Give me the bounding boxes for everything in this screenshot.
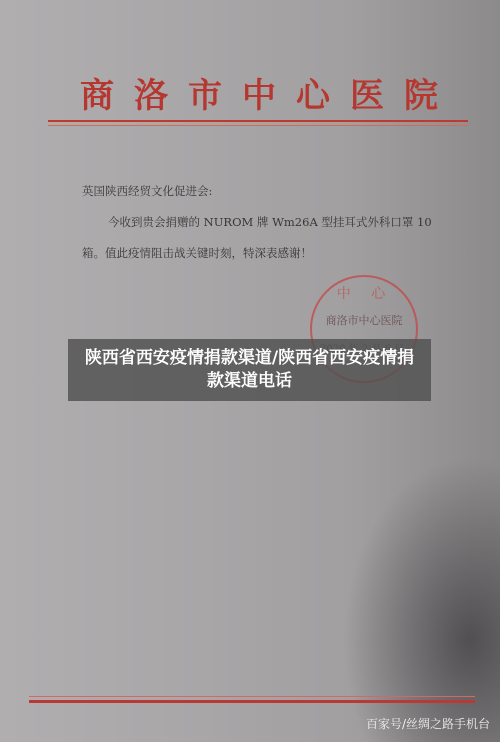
- article-title-banner: 陕西省西安疫情捐款渠道/陕西省西安疫情捐款渠道电话: [68, 339, 431, 401]
- letterhead-char: 院: [404, 68, 440, 117]
- letter-body: 英国陕西经贸文化促进会: 今收到贵会捐赠的 NUROM 牌 Wm26A 型挂耳式…: [82, 176, 462, 269]
- seal-hospital-name: 商洛市中心医院: [312, 312, 416, 328]
- letter-paragraph-line-2: 箱。值此疫情阻击战关键时刻，特深表感谢！: [82, 238, 462, 269]
- letterhead-char: 洛: [134, 68, 170, 117]
- footer-rule-thick: [29, 700, 475, 703]
- letterhead-rule-thin: [48, 125, 468, 126]
- footer-rule-thin: [29, 696, 475, 697]
- source-watermark: 百家号/丝绸之路手机台: [366, 715, 490, 732]
- letterhead-char: 心: [296, 68, 332, 117]
- article-title: 陕西省西安疫情捐款渠道/陕西省西安疫情捐款渠道电话: [80, 347, 420, 393]
- letterhead-char: 市: [188, 68, 224, 117]
- letter-paragraph-line-1: 今收到贵会捐赠的 NUROM 牌 Wm26A 型挂耳式外科口罩 10: [82, 207, 462, 238]
- letterhead-hospital-name: 商 洛 市 中 心 医 院: [80, 68, 440, 117]
- letterhead-char: 中: [242, 68, 278, 117]
- letterhead-char: 医: [350, 68, 386, 117]
- letterhead-rule-thick: [48, 120, 468, 122]
- seal-arc-text: 中 心: [330, 283, 400, 303]
- letter-salutation: 英国陕西经贸文化促进会:: [82, 176, 462, 207]
- letterhead-char: 商: [80, 68, 116, 117]
